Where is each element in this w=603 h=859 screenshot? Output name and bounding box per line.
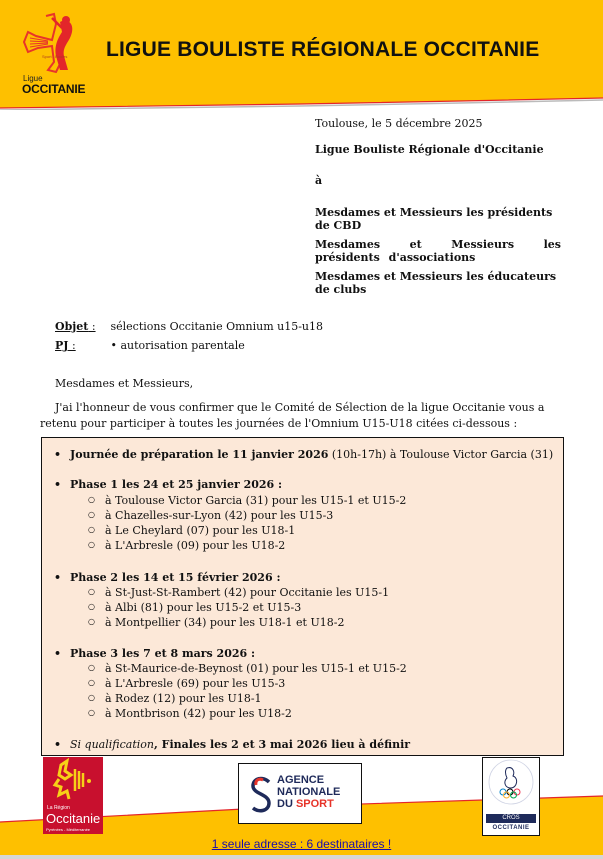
objet-value: sélections Occitanie Omnium u15-u18 <box>111 320 324 333</box>
circle-bullet-icon: ○ <box>88 495 95 504</box>
logo-text: OCCITANIE <box>483 825 539 831</box>
region-occitanie-logo: La Région Occitanie Pyrénées - Méditerra… <box>43 757 103 834</box>
letterhead-header: Sport - Boules Ligue OCCITANIE LIGUE BOU… <box>0 0 603 110</box>
list-item-text: à L'Arbresle (69) pour les U15-3 <box>105 677 285 690</box>
circle-bullet-icon: ○ <box>88 678 95 687</box>
circle-bullet-icon: ○ <box>88 587 95 596</box>
logo-text: SPORT <box>296 798 334 810</box>
logo-text: AGENCE <box>277 774 340 786</box>
list-item-text: à L'Arbresle (09) pour les U18-2 <box>105 539 285 552</box>
cros-occitanie-logo: CROS OCCITANIE <box>482 757 540 836</box>
agence-nationale-du-sport-logo: AGENCE NATIONALE DU SPORT <box>238 763 362 824</box>
bullet-icon: • <box>54 738 61 751</box>
salutation: Mesdames et Messieurs, <box>55 376 193 392</box>
finals-detail: , Finales les 2 et 3 mai 2026 lieu à déf… <box>154 738 410 751</box>
list-item: ○à Toulouse Victor Garcia (31) pour les … <box>105 494 406 507</box>
list-item: ○à L'Arbresle (09) pour les U18-2 <box>105 539 285 552</box>
recipient-1: Mesdames et Messieurs les présidents de … <box>315 206 561 232</box>
list-item: ○à Chazelles-sur-Lyon (42) pour les U15-… <box>105 509 333 522</box>
footer-link[interactable]: 1 seule adresse : 6 destinataires ! <box>0 837 603 851</box>
bullet-icon: • <box>54 448 61 461</box>
prep-day-title: Journée de préparation le 11 janvier 202… <box>70 448 328 461</box>
list-item: ○à Rodez (12) pour les U18-1 <box>105 692 262 705</box>
ans-s-icon <box>249 776 273 814</box>
list-item-text: à Montpellier (34) pour les U18-1 et U18… <box>105 616 344 629</box>
list-item: ○à Montbrison (42) pour les U18-2 <box>105 707 292 720</box>
list-item: ○à Montpellier (34) pour les U18-1 et U1… <box>105 616 344 629</box>
list-item-text: à St-Maurice-de-Beynost (01) pour les U1… <box>105 662 407 675</box>
finals-line: • Si qualification, Finales les 2 et 3 m… <box>70 738 410 751</box>
occitan-cross-logo-icon: Sport - Boules <box>18 12 80 74</box>
bullet-icon: • <box>54 571 61 584</box>
to-label: à <box>315 174 561 187</box>
svg-text:Sport - Boules: Sport - Boules <box>42 54 67 59</box>
body-paragraph: J'ai l'honneur de vous confirmer que le … <box>40 400 567 432</box>
pj-line: PJ : • autorisation parentale <box>55 339 245 352</box>
circle-bullet-icon: ○ <box>88 617 95 626</box>
circle-bullet-icon: ○ <box>88 525 95 534</box>
olympic-rooster-icon <box>483 758 539 810</box>
phase-3-title: •Phase 3 les 7 et 8 mars 2026 : <box>70 647 255 660</box>
circle-bullet-icon: ○ <box>88 510 95 519</box>
circle-bullet-icon: ○ <box>88 708 95 717</box>
occitan-cross-icon <box>43 757 103 807</box>
circle-bullet-icon: ○ <box>88 693 95 702</box>
phase-title: Phase 3 les 7 et 8 mars 2026 : <box>70 647 255 660</box>
sender: Ligue Bouliste Régionale d'Occitanie <box>315 143 561 156</box>
logo-text: Occitanie <box>46 811 100 826</box>
phase-title: Phase 2 les 14 et 15 février 2026 : <box>70 571 281 584</box>
phase-1-title: •Phase 1 les 24 et 25 janvier 2026 : <box>70 478 282 491</box>
list-item: ○à Albi (81) pour les U15-2 et U15-3 <box>105 601 301 614</box>
logo-main-text: OCCITANIE <box>22 82 85 96</box>
list-item: ○à St-Just-St-Rambert (42) pour Occitani… <box>105 586 389 599</box>
list-item-text: à Le Cheylard (07) pour les U18-1 <box>105 524 295 537</box>
objet-line: Objet : sélections Occitanie Omnium u15-… <box>55 320 323 333</box>
place-date: Toulouse, le 5 décembre 2025 <box>315 117 561 130</box>
finals-condition: Si qualification <box>70 738 154 751</box>
prep-day: • Journée de préparation le 11 janvier 2… <box>70 448 553 461</box>
recipient-2: Mesdames et Messieurs les présidents d'a… <box>315 238 561 264</box>
phase-2-title: •Phase 2 les 14 et 15 février 2026 : <box>70 571 281 584</box>
list-item-text: à Montbrison (42) pour les U18-2 <box>105 707 292 720</box>
schedule-box: • Journée de préparation le 11 janvier 2… <box>41 437 564 756</box>
phase-title: Phase 1 les 24 et 25 janvier 2026 : <box>70 478 282 491</box>
list-item-text: à St-Just-St-Rambert (42) pour Occitanie… <box>105 586 389 599</box>
pj-value: • autorisation parentale <box>111 339 245 352</box>
list-item-text: à Rodez (12) pour les U18-1 <box>105 692 262 705</box>
list-item-text: à Chazelles-sur-Lyon (42) pour les U15-3 <box>105 509 333 522</box>
circle-bullet-icon: ○ <box>88 663 95 672</box>
recipient-3: Mesdames et Messieurs les éducateurs de … <box>315 270 561 296</box>
list-item: ○à L'Arbresle (69) pour les U15-3 <box>105 677 285 690</box>
list-item-text: à Albi (81) pour les U15-2 et U15-3 <box>105 601 301 614</box>
bullet-icon: • <box>54 647 61 660</box>
circle-bullet-icon: ○ <box>88 540 95 549</box>
logo-text: CROS <box>486 814 536 823</box>
logo-text: NATIONALE <box>277 786 340 798</box>
circle-bullet-icon: ○ <box>88 602 95 611</box>
objet-label: Objet <box>55 320 88 333</box>
list-item: ○à St-Maurice-de-Beynost (01) pour les U… <box>105 662 407 675</box>
prep-day-detail: (10h-17h) à Toulouse Victor Garcia (31) <box>328 448 553 461</box>
list-item: ○à Le Cheylard (07) pour les U18-1 <box>105 524 295 537</box>
logo-text: Pyrénées - Méditerranée <box>46 827 90 832</box>
list-item-text: à Toulouse Victor Garcia (31) pour les U… <box>105 494 406 507</box>
pj-label: PJ <box>55 339 68 352</box>
bullet-icon: • <box>54 478 61 491</box>
logo-text: DU <box>277 798 296 810</box>
page-title: LIGUE BOULISTE RÉGIONALE OCCITANIE <box>106 38 539 62</box>
